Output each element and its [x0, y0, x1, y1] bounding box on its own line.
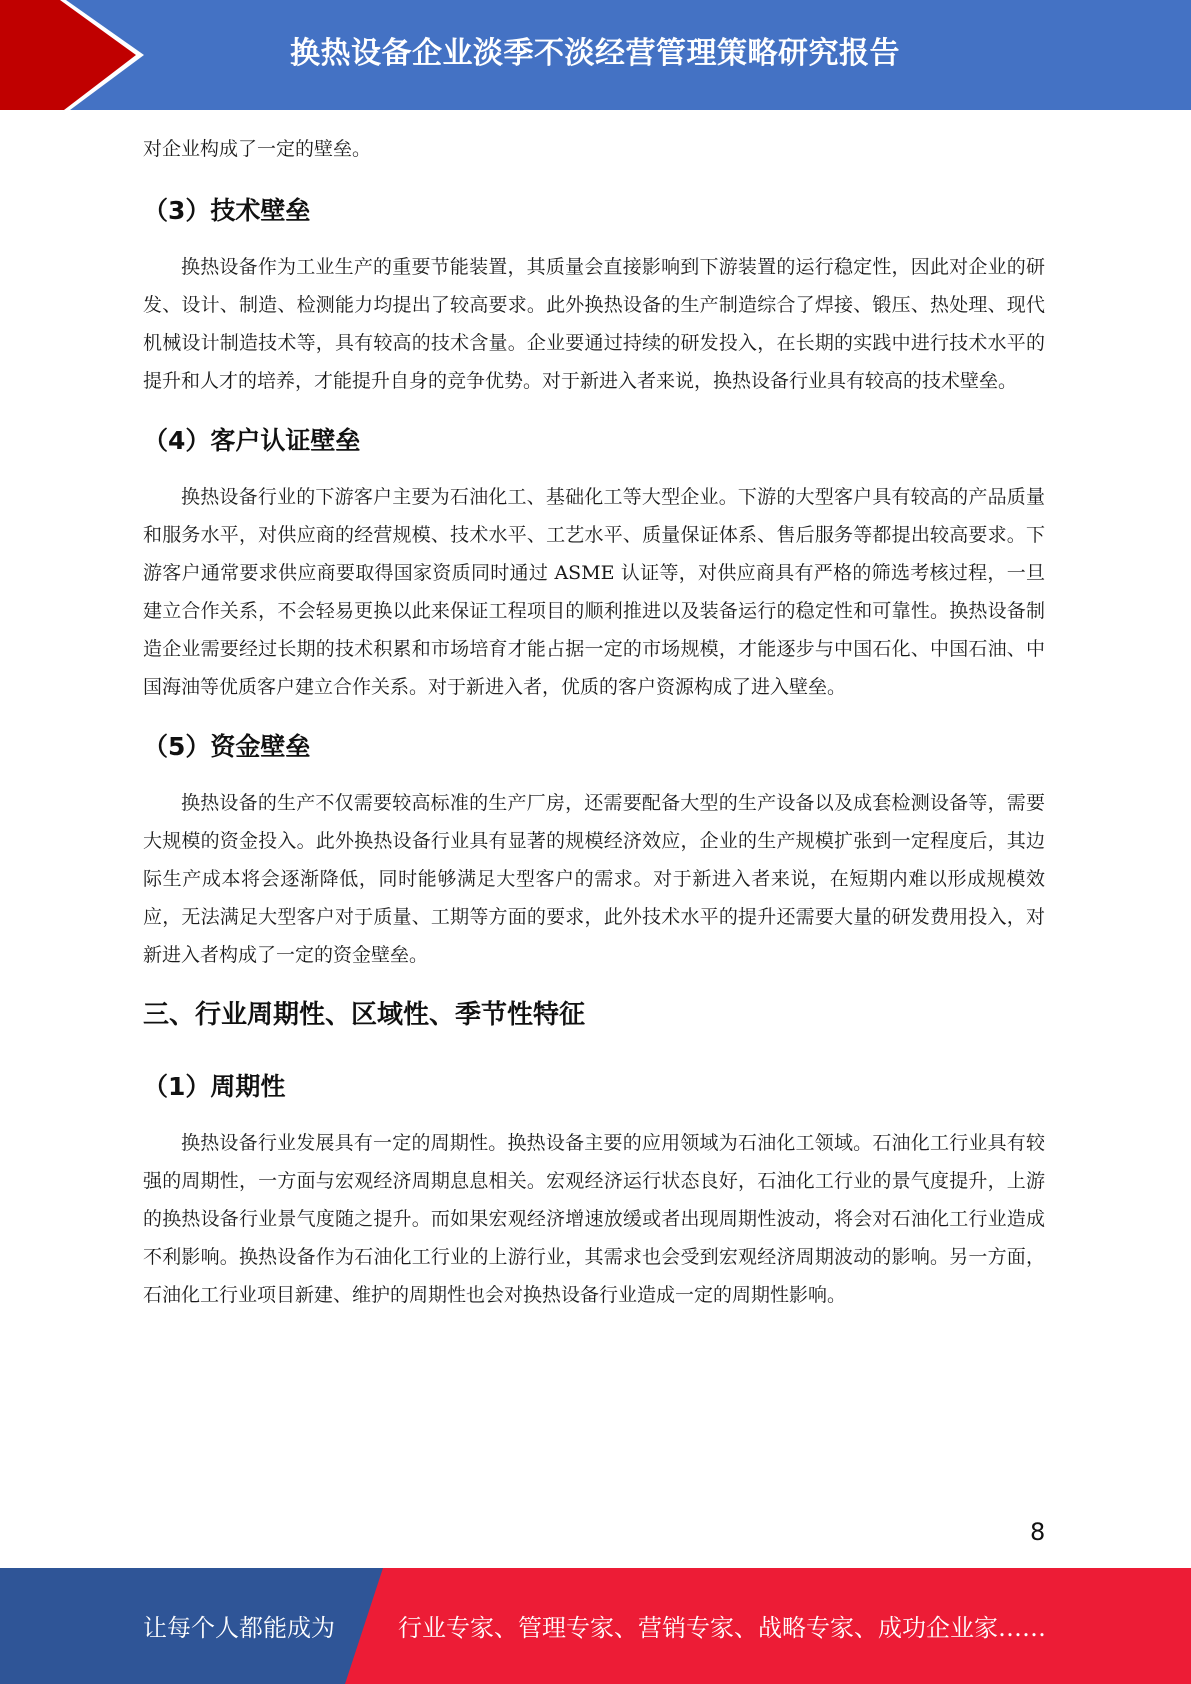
- paragraph-cyclicality: 换热设备行业发展具有一定的周期性。换热设备主要的应用领域为石油化工领域。石油化工…: [143, 1124, 1045, 1314]
- page-header: 换热设备企业淡季不淡经营管理策略研究报告: [0, 0, 1191, 110]
- page-number: 8: [1030, 1518, 1045, 1546]
- heading-technical-barrier: （3）技术壁垒: [143, 186, 1045, 236]
- heading-cyclicality: （1）周期性: [143, 1062, 1045, 1112]
- footer-slogan-left: 让每个人都能成为: [143, 1608, 335, 1643]
- footer-slogan-right: 行业专家、管理专家、营销专家、战略专家、成功企业家……: [398, 1608, 1046, 1643]
- heading-section-3: 三、行业周期性、区域性、季节性特征: [143, 990, 1045, 1040]
- heading-customer-barrier: （4）客户认证壁垒: [143, 416, 1045, 466]
- page-footer: 让每个人都能成为 行业专家、管理专家、营销专家、战略专家、成功企业家……: [0, 1568, 1191, 1684]
- paragraph-customer-barrier: 换热设备行业的下游客户主要为石油化工、基础化工等大型企业。下游的大型客户具有较高…: [143, 478, 1045, 706]
- heading-capital-barrier: （5）资金壁垒: [143, 722, 1045, 772]
- report-title: 换热设备企业淡季不淡经营管理策略研究报告: [290, 28, 900, 72]
- paragraph-technical-barrier: 换热设备作为工业生产的重要节能装置，其质量会直接影响到下游装置的运行稳定性，因此…: [143, 248, 1045, 400]
- paragraph-capital-barrier: 换热设备的生产不仅需要较高标准的生产厂房，还需要配备大型的生产设备以及成套检测设…: [143, 784, 1045, 974]
- red-chevron-icon: [0, 0, 200, 110]
- paragraph-continuation: 对企业构成了一定的壁垒。: [143, 130, 1045, 168]
- page-body: 对企业构成了一定的壁垒。 （3）技术壁垒 换热设备作为工业生产的重要节能装置，其…: [143, 130, 1045, 1314]
